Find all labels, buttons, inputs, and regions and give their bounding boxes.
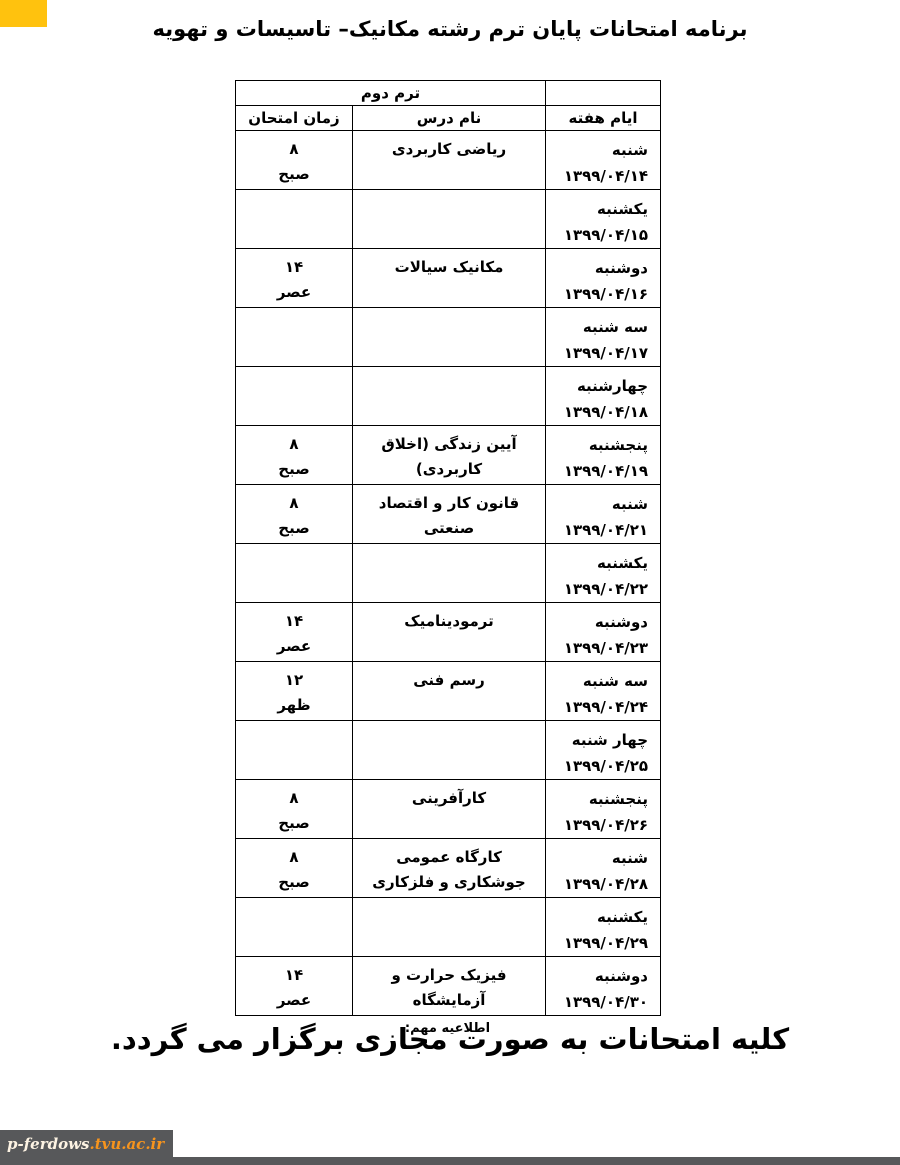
exam-time-cell: ۸ صبح (236, 780, 353, 839)
exam-time-cell: ۸ صبح (236, 839, 353, 898)
exam-table-row: سه شنبه ۱۳۹۹/۰۴/۱۷ (236, 308, 661, 367)
exam-hour: ۱۴ (236, 609, 352, 634)
exam-table-row: ۱۲ ظهر رسم فنی سه شنبه ۱۳۹۹/۰۴/۲۴ (236, 662, 661, 721)
exam-period: صبح (236, 457, 352, 482)
watermark-site-suffix: .tvu.ac.ir (89, 1135, 164, 1153)
exam-table-row: چهارشنبه ۱۳۹۹/۰۴/۱۸ (236, 367, 661, 426)
day-name: چهارشنبه (550, 373, 648, 399)
exam-hour: ۸ (236, 432, 352, 457)
exam-day-cell: سه شنبه ۱۳۹۹/۰۴/۱۷ (546, 308, 661, 367)
exam-date: ۱۳۹۹/۰۴/۲۴ (550, 694, 648, 720)
exam-date: ۱۳۹۹/۰۴/۱۵ (550, 222, 648, 248)
exam-table-row: ۱۴ عصر ترمودینامیک دوشنبه ۱۳۹۹/۰۴/۲۳ (236, 603, 661, 662)
exam-hour: ۸ (236, 491, 352, 516)
exam-table-row: ۸ صبح قانون کار و اقتصاد صنعتی شنبه ۱۳۹۹… (236, 485, 661, 544)
exam-period: صبح (236, 516, 352, 541)
exam-table-row: چهار شنبه ۱۳۹۹/۰۴/۲۵ (236, 721, 661, 780)
exam-day-cell: شنبه ۱۳۹۹/۰۴/۱۴ (546, 131, 661, 190)
exam-date: ۱۳۹۹/۰۴/۲۳ (550, 635, 648, 661)
exam-time-cell: ۱۲ ظهر (236, 662, 353, 721)
exam-date: ۱۳۹۹/۰۴/۲۲ (550, 576, 648, 602)
exam-hour: ۸ (236, 786, 352, 811)
exam-hour: ۸ (236, 137, 352, 162)
exam-time-cell (236, 544, 353, 603)
exam-time-cell (236, 367, 353, 426)
exam-date: ۱۳۹۹/۰۴/۳۰ (550, 989, 648, 1015)
course-name-cell: ترمودینامیک (353, 603, 546, 662)
day-name: یکشنبه (550, 550, 648, 576)
day-name: دوشنبه (550, 255, 648, 281)
exam-period: عصر (236, 988, 352, 1013)
exam-day-cell: دوشنبه ۱۳۹۹/۰۴/۲۳ (546, 603, 661, 662)
exam-day-cell: یکشنبه ۱۳۹۹/۰۴/۲۲ (546, 544, 661, 603)
exam-table-row: ۱۴ عصر فیزیک حرارت و آزمایشگاه دوشنبه ۱۳… (236, 957, 661, 1016)
exam-hour: ۱۴ (236, 963, 352, 988)
exam-time-cell: ۸ صبح (236, 426, 353, 485)
exam-date: ۱۳۹۹/۰۴/۲۱ (550, 517, 648, 543)
course-name-cell: مکانیک سیالات (353, 249, 546, 308)
exam-table-row: ۸ صبح کارگاه عمومی جوشکاری و فلزکاری شنب… (236, 839, 661, 898)
exam-time-cell: ۱۴ عصر (236, 249, 353, 308)
exam-time-cell: ۱۴ عصر (236, 957, 353, 1016)
course-name-cell: فیزیک حرارت و آزمایشگاه (353, 957, 546, 1016)
course-name-cell: کارآفرینی (353, 780, 546, 839)
footer-bar (0, 1157, 900, 1165)
exam-table-body: ۸ صبح ریاضی کاربردی شنبه ۱۳۹۹/۰۴/۱۴ یکشن… (236, 131, 661, 1016)
col-header-course-name: نام درس (353, 106, 546, 131)
exam-table-row: یکشنبه ۱۳۹۹/۰۴/۱۵ (236, 190, 661, 249)
exam-period: صبح (236, 811, 352, 836)
exam-time-cell (236, 898, 353, 957)
exam-day-cell: یکشنبه ۱۳۹۹/۰۴/۲۹ (546, 898, 661, 957)
exam-time-cell: ۱۴ عصر (236, 603, 353, 662)
exam-date: ۱۳۹۹/۰۴/۲۵ (550, 753, 648, 779)
exam-date: ۱۳۹۹/۰۴/۱۹ (550, 458, 648, 484)
day-name: شنبه (550, 845, 648, 871)
exam-period: عصر (236, 634, 352, 659)
course-name-cell (353, 367, 546, 426)
exam-date: ۱۳۹۹/۰۴/۱۶ (550, 281, 648, 307)
exam-table-row: یکشنبه ۱۳۹۹/۰۴/۲۹ (236, 898, 661, 957)
day-name: سه شنبه (550, 314, 648, 340)
exam-hour: ۸ (236, 845, 352, 870)
exam-period: ظهر (236, 693, 352, 718)
course-name-cell: قانون کار و اقتصاد صنعتی (353, 485, 546, 544)
virtual-exams-statement: کلیه امتحانات به صورت مجازی برگزار می گر… (0, 1022, 900, 1056)
exam-day-cell: یکشنبه ۱۳۹۹/۰۴/۱۵ (546, 190, 661, 249)
exam-schedule-table: ترم دوم زمان امتحان نام درس ایام هفته ۸ … (235, 80, 661, 1016)
exam-schedule-section: ترم دوم زمان امتحان نام درس ایام هفته ۸ … (235, 80, 660, 1036)
table-header-columns-row: زمان امتحان نام درس ایام هفته (236, 106, 661, 131)
page-title: برنامه امتحانات پایان ترم رشته مکانیک– ت… (0, 17, 900, 41)
course-name-cell: آیین زندگی (اخلاق کاربردی) (353, 426, 546, 485)
exam-table-row: ۸ صبح ریاضی کاربردی شنبه ۱۳۹۹/۰۴/۱۴ (236, 131, 661, 190)
course-name-cell (353, 898, 546, 957)
col-header-exam-time: زمان امتحان (236, 106, 353, 131)
table-header-term-row: ترم دوم (236, 81, 661, 106)
course-name-cell (353, 190, 546, 249)
exam-day-cell: شنبه ۱۳۹۹/۰۴/۲۱ (546, 485, 661, 544)
course-name-cell: ریاضی کاربردی (353, 131, 546, 190)
exam-time-cell (236, 190, 353, 249)
exam-period: صبح (236, 870, 352, 895)
exam-day-cell: سه شنبه ۱۳۹۹/۰۴/۲۴ (546, 662, 661, 721)
site-watermark: p-ferdows.tvu.ac.ir (0, 1130, 173, 1158)
exam-date: ۱۳۹۹/۰۴/۱۸ (550, 399, 648, 425)
day-name: شنبه (550, 137, 648, 163)
exam-day-cell: دوشنبه ۱۳۹۹/۰۴/۱۶ (546, 249, 661, 308)
day-name: پنجشنبه (550, 786, 648, 812)
course-name-cell: رسم فنی (353, 662, 546, 721)
day-name: دوشنبه (550, 963, 648, 989)
day-name: چهار شنبه (550, 727, 648, 753)
course-name-cell: کارگاه عمومی جوشکاری و فلزکاری (353, 839, 546, 898)
course-name-cell (353, 544, 546, 603)
exam-day-cell: پنجشنبه ۱۳۹۹/۰۴/۱۹ (546, 426, 661, 485)
exam-hour: ۱۴ (236, 255, 352, 280)
exam-day-cell: چهارشنبه ۱۳۹۹/۰۴/۱۸ (546, 367, 661, 426)
exam-table-row: یکشنبه ۱۳۹۹/۰۴/۲۲ (236, 544, 661, 603)
exam-day-cell: دوشنبه ۱۳۹۹/۰۴/۳۰ (546, 957, 661, 1016)
exam-time-cell (236, 308, 353, 367)
exam-date: ۱۳۹۹/۰۴/۱۷ (550, 340, 648, 366)
exam-time-cell: ۸ صبح (236, 485, 353, 544)
exam-day-cell: پنجشنبه ۱۳۹۹/۰۴/۲۶ (546, 780, 661, 839)
col-header-week-days: ایام هفته (546, 106, 661, 131)
term-header-empty-cell (546, 81, 661, 106)
exam-date: ۱۳۹۹/۰۴/۲۹ (550, 930, 648, 956)
watermark-site-name: p-ferdows (7, 1135, 89, 1153)
day-name: یکشنبه (550, 904, 648, 930)
exam-hour: ۱۲ (236, 668, 352, 693)
exam-table-row: ۸ صبح کارآفرینی پنجشنبه ۱۳۹۹/۰۴/۲۶ (236, 780, 661, 839)
day-name: شنبه (550, 491, 648, 517)
day-name: پنجشنبه (550, 432, 648, 458)
exam-table-row: ۱۴ عصر مکانیک سیالات دوشنبه ۱۳۹۹/۰۴/۱۶ (236, 249, 661, 308)
exam-day-cell: چهار شنبه ۱۳۹۹/۰۴/۲۵ (546, 721, 661, 780)
exam-table-row: ۸ صبح آیین زندگی (اخلاق کاربردی) پنجشنبه… (236, 426, 661, 485)
exam-day-cell: شنبه ۱۳۹۹/۰۴/۲۸ (546, 839, 661, 898)
exam-date: ۱۳۹۹/۰۴/۲۶ (550, 812, 648, 838)
course-name-cell (353, 721, 546, 780)
day-name: یکشنبه (550, 196, 648, 222)
exam-period: صبح (236, 162, 352, 187)
exam-period: عصر (236, 280, 352, 305)
course-name-cell (353, 308, 546, 367)
exam-time-cell: ۸ صبح (236, 131, 353, 190)
day-name: سه شنبه (550, 668, 648, 694)
exam-date: ۱۳۹۹/۰۴/۱۴ (550, 163, 648, 189)
exam-date: ۱۳۹۹/۰۴/۲۸ (550, 871, 648, 897)
exam-time-cell (236, 721, 353, 780)
term-header-cell: ترم دوم (236, 81, 546, 106)
day-name: دوشنبه (550, 609, 648, 635)
